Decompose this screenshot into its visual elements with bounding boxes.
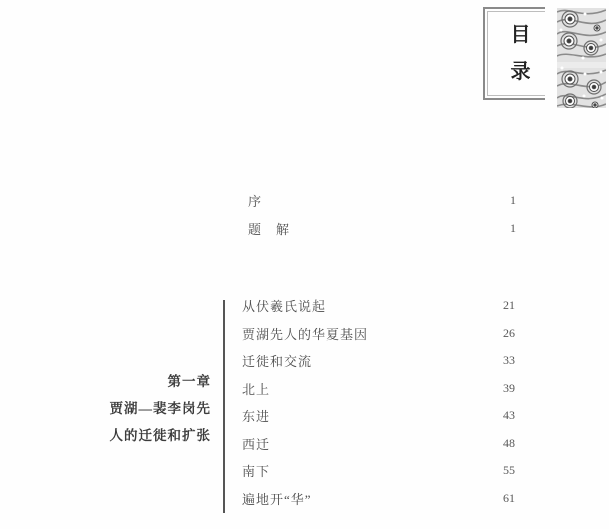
- entry-label: 南下: [242, 461, 270, 480]
- entry-label: 从伏羲氏说起: [242, 296, 326, 315]
- toc-entry-row: 北上 39: [242, 375, 515, 403]
- entry-page-number: 61: [503, 491, 515, 506]
- entry-page-number: 21: [503, 298, 515, 313]
- entry-label: 西迁: [242, 434, 270, 453]
- entry-label: 序: [248, 191, 262, 210]
- decorative-pattern-image: [557, 8, 606, 108]
- toc-title-box: 目 录: [483, 7, 545, 100]
- chapter-label: 第一章 贾湖—裴李岗先 人的迁徙和扩张: [40, 368, 211, 449]
- chapter-label-line-2: 贾湖—裴李岗先: [40, 395, 211, 422]
- entry-page-number: 43: [503, 408, 515, 423]
- toc-entry-row: 序 1: [248, 187, 516, 215]
- chapter-label-line-3: 人的迁徙和扩张: [40, 422, 211, 449]
- toc-entry-row: 西迁 48: [242, 430, 515, 458]
- chapter-entry-list: 从伏羲氏说起 21 贾湖先人的华夏基因 26 迁徙和交流 33 北上 39 东进…: [242, 292, 515, 512]
- entry-label: 题 解: [248, 219, 290, 238]
- chapter-label-line-1: 第一章: [40, 368, 211, 395]
- entry-page-number: 55: [503, 463, 515, 478]
- entry-page-number: 26: [503, 326, 515, 341]
- entry-label: 遍地开“华”: [242, 489, 312, 508]
- toc-page: 目 录: [0, 0, 609, 529]
- toc-entry-row: 从伏羲氏说起 21: [242, 292, 515, 320]
- front-matter-list: 序 1 题 解 1: [248, 187, 516, 242]
- toc-entry-row: 东进 43: [242, 402, 515, 430]
- entry-label: 迁徙和交流: [242, 351, 312, 370]
- chapter-divider-line: [223, 300, 225, 513]
- entry-label: 东进: [242, 406, 270, 425]
- toc-entry-row: 题 解 1: [248, 215, 516, 243]
- entry-page-number: 39: [503, 381, 515, 396]
- entry-page-number: 33: [503, 353, 515, 368]
- toc-entry-row: 贾湖先人的华夏基因 26: [242, 320, 515, 348]
- entry-page-number: 1: [510, 221, 516, 236]
- entry-label: 贾湖先人的华夏基因: [242, 324, 368, 343]
- toc-title-char-1: 目: [511, 25, 531, 45]
- toc-entry-row: 迁徙和交流 33: [242, 347, 515, 375]
- entry-label: 北上: [242, 379, 270, 398]
- toc-title-box-inner: 目 录: [487, 11, 545, 96]
- entry-page-number: 1: [510, 193, 516, 208]
- toc-entry-row: 南下 55: [242, 457, 515, 485]
- entry-page-number: 48: [503, 436, 515, 451]
- toc-entry-row: 遍地开“华” 61: [242, 485, 515, 513]
- toc-title-char-2: 录: [511, 62, 531, 82]
